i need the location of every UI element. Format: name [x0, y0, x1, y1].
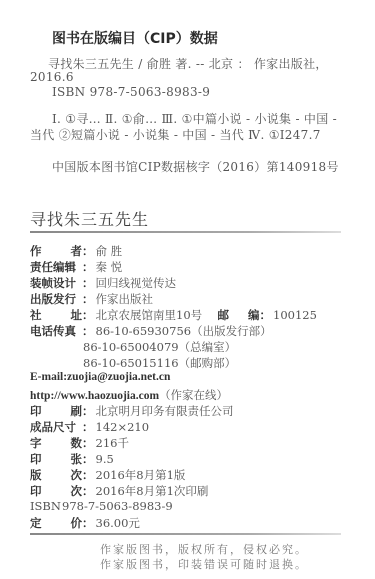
colon: ：: [82, 451, 94, 467]
colon: ：: [82, 419, 94, 435]
detail-words: 字数：216千: [30, 435, 129, 451]
colon: ：: [82, 403, 94, 419]
label: 电话传真: [30, 323, 82, 339]
label: 责任编辑: [30, 259, 82, 275]
label: 印: [30, 403, 42, 419]
colon: ：: [82, 515, 94, 531]
detail-author: 作者：俞 胜: [30, 243, 122, 259]
website-note: （作家在线）: [159, 387, 228, 403]
author-value: 俞 胜: [96, 243, 123, 259]
price-value: 36.00元: [96, 515, 140, 531]
postcode-value: 100125: [273, 308, 317, 322]
detail-publisher: 出版发行：作家出版社: [30, 291, 153, 307]
label: 数: [71, 435, 83, 451]
label: 次: [71, 483, 83, 499]
label: 者: [71, 243, 83, 259]
label: 出版发行: [30, 291, 82, 307]
label: 定: [30, 515, 42, 531]
label: 印: [30, 451, 42, 467]
label: 刷: [71, 403, 83, 419]
replacement-notice: 作家版图书，印装错误可随时退换。: [100, 556, 308, 572]
isbn-value: 978-7-5063-8983-9: [62, 499, 173, 513]
cip-title-line: 寻找朱三五先生 / 俞胜 著. -- 北京 ： 作家出版社，: [48, 55, 328, 72]
detail-email: E-mail:zuojia@zuojia.net.cn: [30, 371, 170, 383]
phone-value: 86-10-65930756（出版发行部）: [96, 323, 272, 339]
cip-isbn: ISBN 978-7-5063-8983-9: [52, 85, 210, 99]
label: 编: [248, 307, 260, 323]
colon: ：: [82, 275, 94, 291]
address-value: 北京农展馆南里10号: [96, 307, 214, 323]
edition-value: 2016年8月第1版: [96, 467, 186, 483]
colon: ：: [82, 307, 94, 323]
cip-classification: Ⅰ. ①寻… Ⅱ. ①俞… Ⅲ. ①中篇小说 - 小说集 - 中国 -: [52, 110, 337, 127]
detail-size: 成品尺寸：142×210: [30, 419, 149, 435]
label: 印: [30, 483, 42, 499]
colon: ：: [82, 467, 94, 483]
sheets-value: 9.5: [96, 452, 114, 466]
colon: ：: [82, 435, 94, 451]
detail-design: 装帧设计：回归线视觉传达: [30, 275, 176, 291]
detail-phone: 电话传真：86-10-65930756（出版发行部）: [30, 323, 272, 339]
label: ISBN: [30, 499, 62, 513]
colon: ：: [82, 259, 94, 275]
label: 成品尺寸: [30, 419, 82, 435]
colon: ：: [260, 307, 272, 323]
cip-heading: 图书在版编目（CIP）数据: [52, 28, 218, 48]
website-text: http://www.haozuojia.com: [30, 390, 159, 402]
colon: ：: [82, 323, 94, 339]
label: 版: [30, 467, 42, 483]
bottom-rule: [30, 533, 341, 535]
label: 社: [30, 307, 42, 323]
detail-phone-2: 86-10-65004079（总编室）: [83, 339, 236, 355]
design-value: 回归线视觉传达: [96, 275, 177, 291]
label: 次: [71, 467, 83, 483]
cip-catalog-number: 中国版本图书馆CIP数据核字（2016）第140918号: [52, 158, 339, 175]
label: 作: [30, 243, 42, 259]
label: 字: [30, 435, 42, 451]
label: 装帧设计: [30, 275, 82, 291]
phone-value: 86-10-65015116（邮购部）: [83, 355, 236, 371]
copyright-notice: 作家版图书，版权所有，侵权必究。: [100, 541, 308, 557]
detail-isbn: ISBN978-7-5063-8983-9: [30, 499, 173, 513]
phone-value: 86-10-65004079（总编室）: [83, 339, 236, 355]
impression-value: 2016年8月第1次印刷: [96, 483, 209, 499]
colon: ：: [82, 291, 94, 307]
detail-price: 定价：36.00元: [30, 515, 140, 531]
publisher-value: 作家出版社: [96, 291, 154, 307]
colon: ：: [82, 483, 94, 499]
book-title: 寻找朱三五先生: [30, 207, 149, 230]
label: 址: [71, 307, 83, 323]
cip-title-line-cont: 2016.6: [30, 70, 74, 84]
detail-edition: 版次：2016年8月第1版: [30, 467, 185, 483]
detail-printer: 印刷：北京明月印务有限责任公司: [30, 403, 234, 419]
email-text: E-mail:zuojia@zuojia.net.cn: [30, 371, 170, 383]
detail-impression: 印次：2016年8月第1次印刷: [30, 483, 208, 499]
cip-classification-cont: 当代 ②短篇小说 - 小说集 - 中国 - 当代 Ⅳ. ①I247.7: [30, 126, 321, 143]
label: 价: [71, 515, 83, 531]
title-rule: [30, 231, 341, 233]
size-value: 142×210: [96, 420, 150, 434]
label: 邮: [218, 307, 230, 323]
detail-sheets: 印张：9.5: [30, 451, 114, 467]
detail-address: 社址：北京农展馆南里10号 邮编：100125: [30, 307, 317, 323]
colon: ：: [82, 243, 94, 259]
words-value: 216千: [96, 435, 129, 451]
detail-editor: 责任编辑：秦 悦: [30, 259, 122, 275]
detail-phone-3: 86-10-65015116（邮购部）: [83, 355, 236, 371]
printer-value: 北京明月印务有限责任公司: [96, 403, 234, 419]
label: 张: [71, 451, 83, 467]
detail-website: http://www.haozuojia.com（作家在线）: [30, 387, 228, 403]
editor-value: 秦 悦: [96, 259, 123, 275]
